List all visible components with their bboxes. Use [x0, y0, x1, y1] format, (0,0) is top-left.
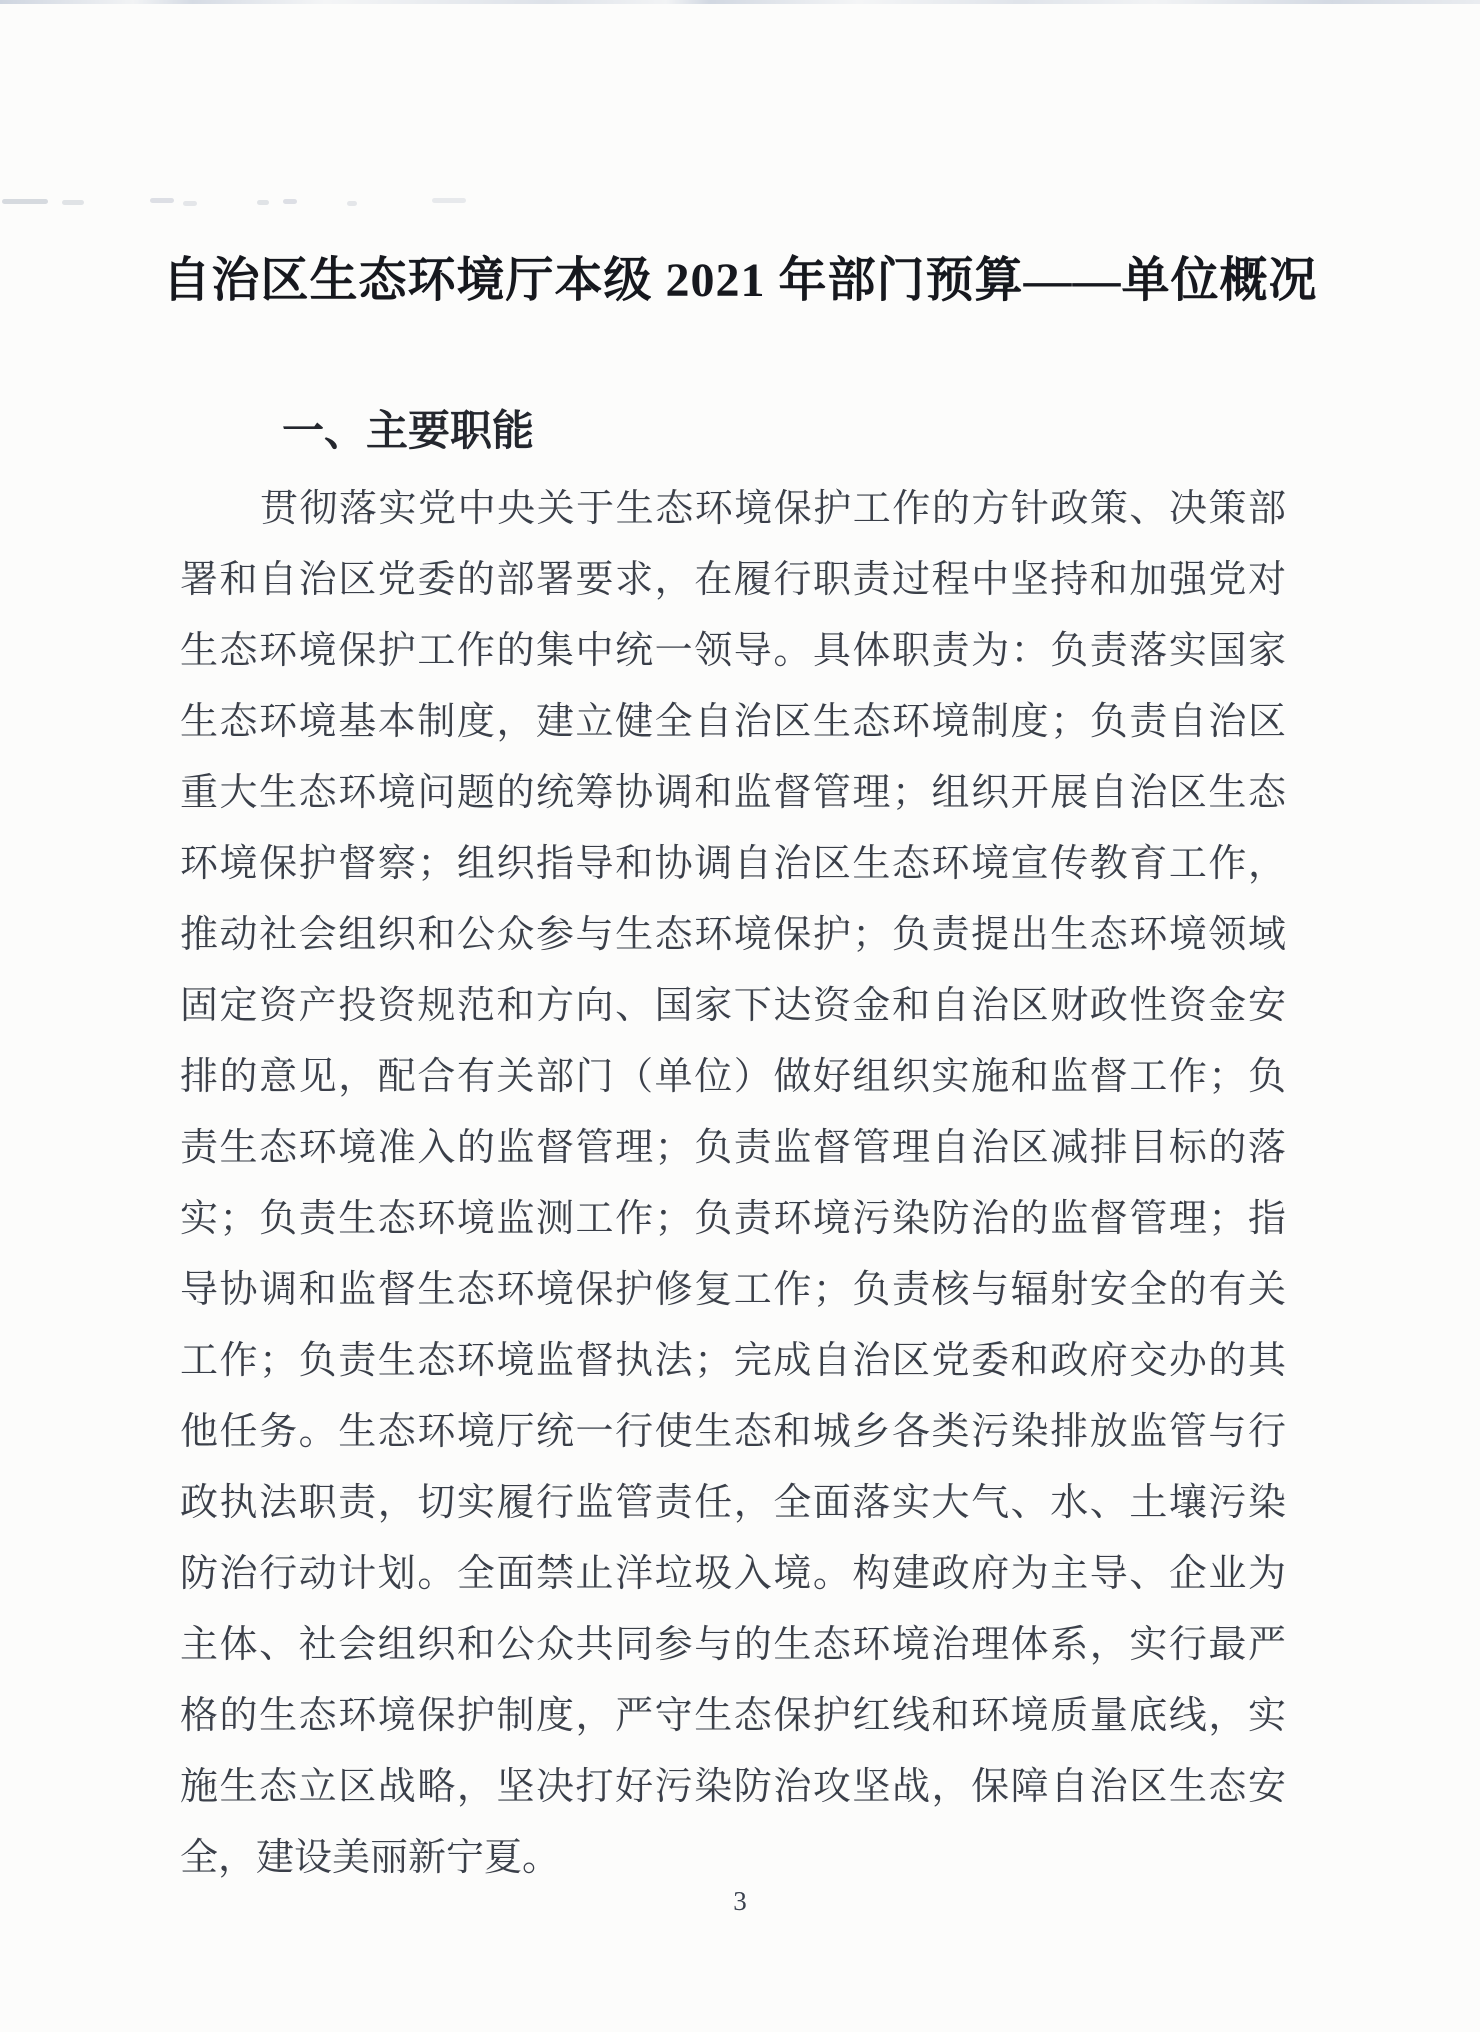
scan-smudge — [150, 198, 174, 203]
document-page: 自治区生态环境厅本级 2021 年部门预算——单位概况 一、主要职能 贯彻落实党… — [0, 0, 1480, 2032]
main-paragraph: 贯彻落实党中央关于生态环境保护工作的方针政策、决策部署和自治区党委的部署要求，在… — [180, 474, 1286, 1894]
body-line: 防治行动计划。全面禁止洋垃圾入境。构建政府为主导、企业为 — [180, 1539, 1286, 1610]
body-line: 政执法职责，切实履行监管责任，全面落实大气、水、土壤污染 — [180, 1468, 1286, 1539]
section-heading: 一、主要职能 — [282, 406, 534, 456]
document-title: 自治区生态环境厅本级 2021 年部门预算——单位概况 — [0, 252, 1480, 310]
scan-smudge — [257, 200, 269, 205]
scan-smudge — [432, 198, 466, 203]
body-line: 工作；负责生态环境监督执法；完成自治区党委和政府交办的其 — [180, 1326, 1286, 1397]
body-line: 排的意见，配合有关部门（单位）做好组织实施和监督工作；负 — [180, 1042, 1286, 1113]
body-line: 生态环境保护工作的集中统一领导。具体职责为：负责落实国家 — [180, 616, 1286, 687]
scan-smudge — [347, 201, 357, 206]
body-line: 生态环境基本制度，建立健全自治区生态环境制度；负责自治区 — [180, 687, 1286, 758]
scan-smudge — [2, 199, 48, 204]
body-line: 环境保护督察；组织指导和协调自治区生态环境宣传教育工作， — [180, 829, 1286, 900]
body-line: 主体、社会组织和公众共同参与的生态环境治理体系，实行最严 — [180, 1610, 1286, 1681]
body-line: 他任务。生态环境厅统一行使生态和城乡各类污染排放监管与行 — [180, 1397, 1286, 1468]
body-line: 格的生态环境保护制度，严守生态保护红线和环境质量底线，实 — [180, 1681, 1286, 1752]
body-line: 导协调和监督生态环境保护修复工作；负责核与辐射安全的有关 — [180, 1255, 1286, 1326]
body-line: 重大生态环境问题的统筹协调和监督管理；组织开展自治区生态 — [180, 758, 1286, 829]
scan-artifact-top-edge — [0, 0, 1480, 4]
body-line: 署和自治区党委的部署要求，在履行职责过程中坚持和加强党对 — [180, 545, 1286, 616]
body-line: 固定资产投资规范和方向、国家下达资金和自治区财政性资金安 — [180, 971, 1286, 1042]
scan-smudge — [283, 199, 297, 204]
body-line: 贯彻落实党中央关于生态环境保护工作的方针政策、决策部 — [180, 474, 1286, 545]
body-line: 推动社会组织和公众参与生态环境保护；负责提出生态环境领域 — [180, 900, 1286, 971]
body-line: 施生态立区战略，坚决打好污染防治攻坚战，保障自治区生态安 — [180, 1752, 1286, 1823]
scan-smudge — [183, 201, 197, 206]
body-line: 实；负责生态环境监测工作；负责环境污染防治的监督管理；指 — [180, 1184, 1286, 1255]
body-line: 责生态环境准入的监督管理；负责监督管理自治区减排目标的落 — [180, 1113, 1286, 1184]
scan-smudge — [62, 200, 84, 205]
page-number: 3 — [0, 1884, 1480, 1918]
